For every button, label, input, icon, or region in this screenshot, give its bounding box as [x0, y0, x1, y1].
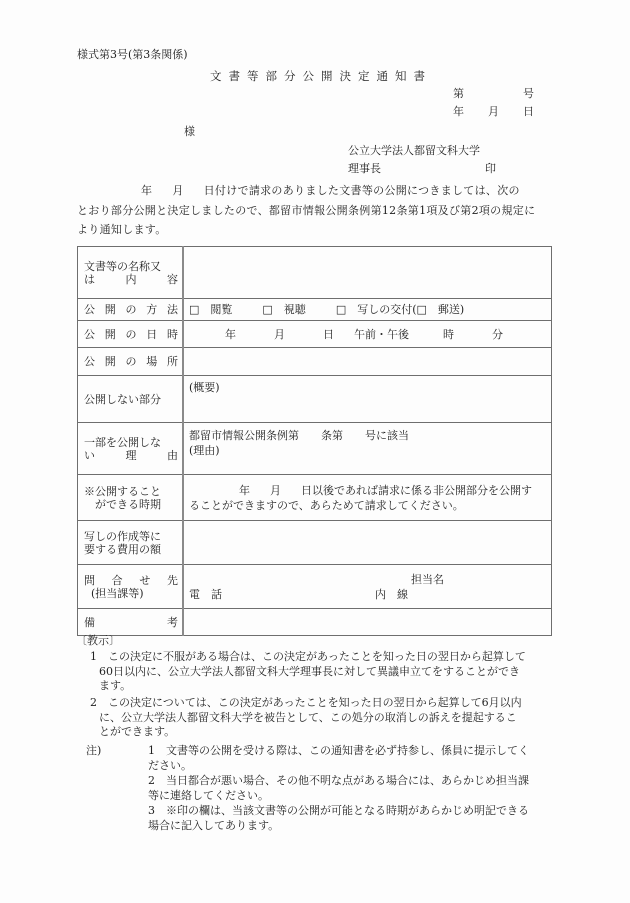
doc-number-prefix: 第	[453, 87, 464, 101]
copy-cost-field[interactable]	[183, 521, 552, 565]
label-contact: 問 合 せ 先 (担当課等)	[78, 565, 184, 609]
label-char: 方	[146, 303, 157, 316]
summary-label: (概要)	[189, 381, 220, 394]
phone-label: 電 話	[189, 588, 222, 601]
note-item-1: 1文書等の公開を受ける際は、この通知書を必ず持参し、係員に提示してく ださい。	[148, 744, 529, 773]
intro-line3: より通知します。	[77, 220, 552, 240]
label-char: 考	[167, 616, 178, 629]
label-char: い	[84, 449, 95, 462]
item-line: に、公立大学法人都留文科大学を被告として、この処分の取消しの訴えを提起するこ	[90, 711, 522, 726]
future-disclosure-field[interactable]: 年月日以後であれば請求に係る非公開部分を公開す ることができますので、あらためて…	[183, 475, 552, 521]
label-disclosure-datetime: 公 開 の 日 時	[78, 321, 184, 348]
notes-label: 注)	[86, 744, 101, 759]
contact-phone-line: 電 話内 線	[189, 587, 551, 602]
item-line: この決定については、この決定があったことを知った日の翌日から起算して6月以内	[108, 696, 522, 709]
ordinance-suffix: 号に該当	[365, 429, 409, 442]
date-day: 日	[523, 105, 534, 119]
reason-label: (理由)	[189, 443, 551, 458]
row-contact: 問 合 せ 先 (担当課等) 担当名 電 話内 線	[78, 565, 552, 609]
label-line2: ができる時期	[84, 498, 178, 511]
label-char: の	[126, 303, 137, 316]
note-line: 文書等の公開を受ける際は、この通知書を必ず持参し、係員に提示してく	[166, 744, 529, 757]
future-month: 月	[270, 484, 281, 497]
date-month: 月	[488, 105, 499, 119]
label-char: 開	[105, 355, 116, 368]
note-number: 2	[148, 774, 155, 787]
label-line2: は 内 容	[84, 273, 178, 286]
note-line: ※印の欄は、当該文書等の公開が可能となる時期があらかじめ明記できる	[166, 804, 529, 817]
checkbox-viewing[interactable]: □ 視聴	[262, 303, 305, 316]
label-char: 開	[105, 303, 116, 316]
label-char: 問	[84, 574, 95, 587]
item-line: ます。	[90, 679, 526, 694]
label-line2: 要する費用の額	[84, 543, 178, 556]
label-char: 法	[167, 303, 178, 316]
item-line: とができます。	[90, 725, 522, 740]
contact-person-label: 担当名	[189, 572, 551, 587]
dt-day: 日	[323, 328, 334, 341]
form-number: 様式第3号(第3条関係)	[77, 48, 188, 62]
checkbox-inspection[interactable]: □ 閲覧	[189, 303, 232, 316]
intro-line1-rest: 日付けで請求のありました文書等の公開につきましては、次の	[204, 184, 520, 197]
label-char: の	[126, 328, 137, 341]
intro-year: 年	[141, 184, 152, 197]
instruction-item-1: 1この決定に不服がある場合は、この決定があったことを知った日の翌日から起算して …	[90, 650, 526, 694]
checkbox-copy-delivery[interactable]: □ 写しの交付(□ 郵送)	[336, 303, 464, 316]
label-partial-reason: 一部を公開しな い 理 由	[78, 423, 184, 475]
future-text-line2: ることができますので、あらためて請求してください。	[189, 498, 551, 513]
row-remarks: 備 考	[78, 609, 552, 636]
label-char: 公	[84, 303, 95, 316]
label-line1: ※公開すること	[84, 485, 178, 498]
label-copy-cost: 写しの作成等に 要する費用の額	[78, 521, 184, 565]
row-copy-cost: 写しの作成等に 要する費用の額	[78, 521, 552, 565]
extension-label: 内 線	[375, 588, 408, 601]
label-char: 公	[84, 355, 95, 368]
label-line1: 一部を公開しな	[84, 436, 178, 449]
label-char: 備	[84, 616, 95, 629]
dt-month: 月	[274, 328, 285, 341]
note-item-2: 2当日都合が悪い場合、その他不明な点がある場合には、あらかじめ担当課 等に連絡し…	[148, 774, 529, 803]
date-year: 年	[453, 105, 464, 119]
item-line: 60日以内に、公立大学法人都留文科大学理事長に対して異議申立てをすることができ	[90, 665, 526, 680]
label-line2: い 理 由	[84, 449, 178, 462]
label-char: 開	[105, 328, 116, 341]
label-document-name: 文書等の名称又 は 内 容	[78, 247, 184, 299]
disclosure-form-table: 文書等の名称又 は 内 容 公 開 の 方 法 □ 閲覧□ 視聴□ 写しの交付(…	[77, 246, 552, 636]
doc-number-suffix: 号	[523, 87, 534, 101]
label-char: 理	[126, 449, 137, 462]
disclosure-place-field[interactable]	[183, 348, 552, 376]
label-char: 場	[146, 355, 157, 368]
item-number: 1	[90, 650, 97, 663]
label-char: 合	[112, 574, 123, 587]
intro-line2: とおり部分公開と決定しましたので、都留市情報公開条例第12条第1項及び第2項の規…	[77, 201, 552, 221]
label-char: 公	[84, 328, 95, 341]
label-char: 由	[167, 449, 178, 462]
note-line: 等に連絡してください。	[148, 789, 529, 804]
row-disclosure-place: 公 開 の 場 所	[78, 348, 552, 376]
disclosure-datetime-field[interactable]: 年月日午前・午後時分	[183, 321, 552, 348]
dt-minute: 分	[492, 328, 503, 341]
label-char: せ	[139, 574, 150, 587]
label-line1: 問 合 せ 先	[84, 574, 178, 587]
label-char: 先	[167, 574, 178, 587]
row-disclosure-method: 公 開 の 方 法 □ 閲覧□ 視聴□ 写しの交付(□ 郵送)	[78, 299, 552, 321]
future-text-line1: 日以後であれば請求に係る非公開部分を公開す	[301, 484, 532, 497]
disclosure-method-field: □ 閲覧□ 視聴□ 写しの交付(□ 郵送)	[183, 299, 552, 321]
item-line: この決定に不服がある場合は、この決定があったことを知った日の翌日から起算して	[108, 650, 526, 663]
label-char: 日	[146, 328, 157, 341]
label-char: 時	[167, 328, 178, 341]
dt-year: 年	[225, 328, 236, 341]
partial-reason-field[interactable]: 都留市情報公開条例第条第号に該当 (理由)	[183, 423, 552, 475]
row-disclosure-datetime: 公 開 の 日 時 年月日午前・午後時分	[78, 321, 552, 348]
contact-field[interactable]: 担当名 電 話内 線	[183, 565, 552, 609]
item-number: 2	[90, 696, 97, 709]
note-line: ださい。	[148, 759, 529, 774]
future-year: 年	[239, 484, 250, 497]
note-number: 1	[148, 744, 155, 757]
issuer-title: 理事長	[348, 162, 381, 176]
instruction-item-2: 2この決定については、この決定があったことを知った日の翌日から起算して6月以内 …	[90, 696, 522, 740]
note-item-3: 3※印の欄は、当該文書等の公開が可能となる時期があらかじめ明記できる 場合に記入…	[148, 804, 529, 833]
row-future-disclosure: ※公開すること ができる時期 年月日以後であれば請求に係る非公開部分を公開す る…	[78, 475, 552, 521]
dt-ampm[interactable]: 午前・午後	[354, 328, 409, 341]
label-undisclosed-part: 公開しない部分	[78, 376, 184, 423]
undisclosed-part-field[interactable]: (概要)	[183, 376, 552, 423]
issuer-org: 公立大学法人都留文科大学	[348, 144, 480, 158]
intro-month: 月	[172, 184, 183, 197]
note-number: 3	[148, 804, 155, 817]
label-remarks: 備 考	[78, 609, 184, 636]
label-char: 所	[167, 355, 178, 368]
row-partial-reason: 一部を公開しな い 理 由 都留市情報公開条例第条第号に該当 (理由)	[78, 423, 552, 475]
seal-mark: 印	[485, 162, 496, 176]
label-line1: 写しの作成等に	[84, 530, 178, 543]
label-line1: 文書等の名称又	[84, 260, 178, 273]
label-line2: (担当課等)	[84, 587, 178, 600]
row-document-name: 文書等の名称又 は 内 容	[78, 247, 552, 299]
document-title: 文書等部分公開決定通知書	[210, 69, 432, 83]
label-char: は	[84, 273, 95, 286]
label-char: の	[126, 355, 137, 368]
row-undisclosed-part: 公開しない部分 (概要)	[78, 376, 552, 423]
label-disclosure-method: 公 開 の 方 法	[78, 299, 184, 321]
dt-hour: 時	[443, 328, 454, 341]
remarks-field[interactable]	[183, 609, 552, 636]
note-line: 場合に記入してあります。	[148, 819, 529, 834]
label-future-disclosure: ※公開すること ができる時期	[78, 475, 184, 521]
note-line: 当日都合が悪い場合、その他不明な点がある場合には、あらかじめ担当課	[166, 774, 529, 787]
label-char: 容	[167, 273, 178, 286]
ordinance-article: 条第	[321, 429, 343, 442]
document-name-field[interactable]	[183, 247, 552, 299]
ordinance-prefix: 都留市情報公開条例第	[189, 429, 299, 442]
addressee-suffix: 様	[184, 125, 195, 139]
label-disclosure-place: 公 開 の 場 所	[78, 348, 184, 376]
label-char: 内	[126, 273, 137, 286]
intro-paragraph: 年月日付けで請求のありました文書等の公開につきましては、次の とおり部分公開と決…	[77, 181, 552, 240]
instructions-heading: 〔教示〕	[76, 634, 120, 649]
